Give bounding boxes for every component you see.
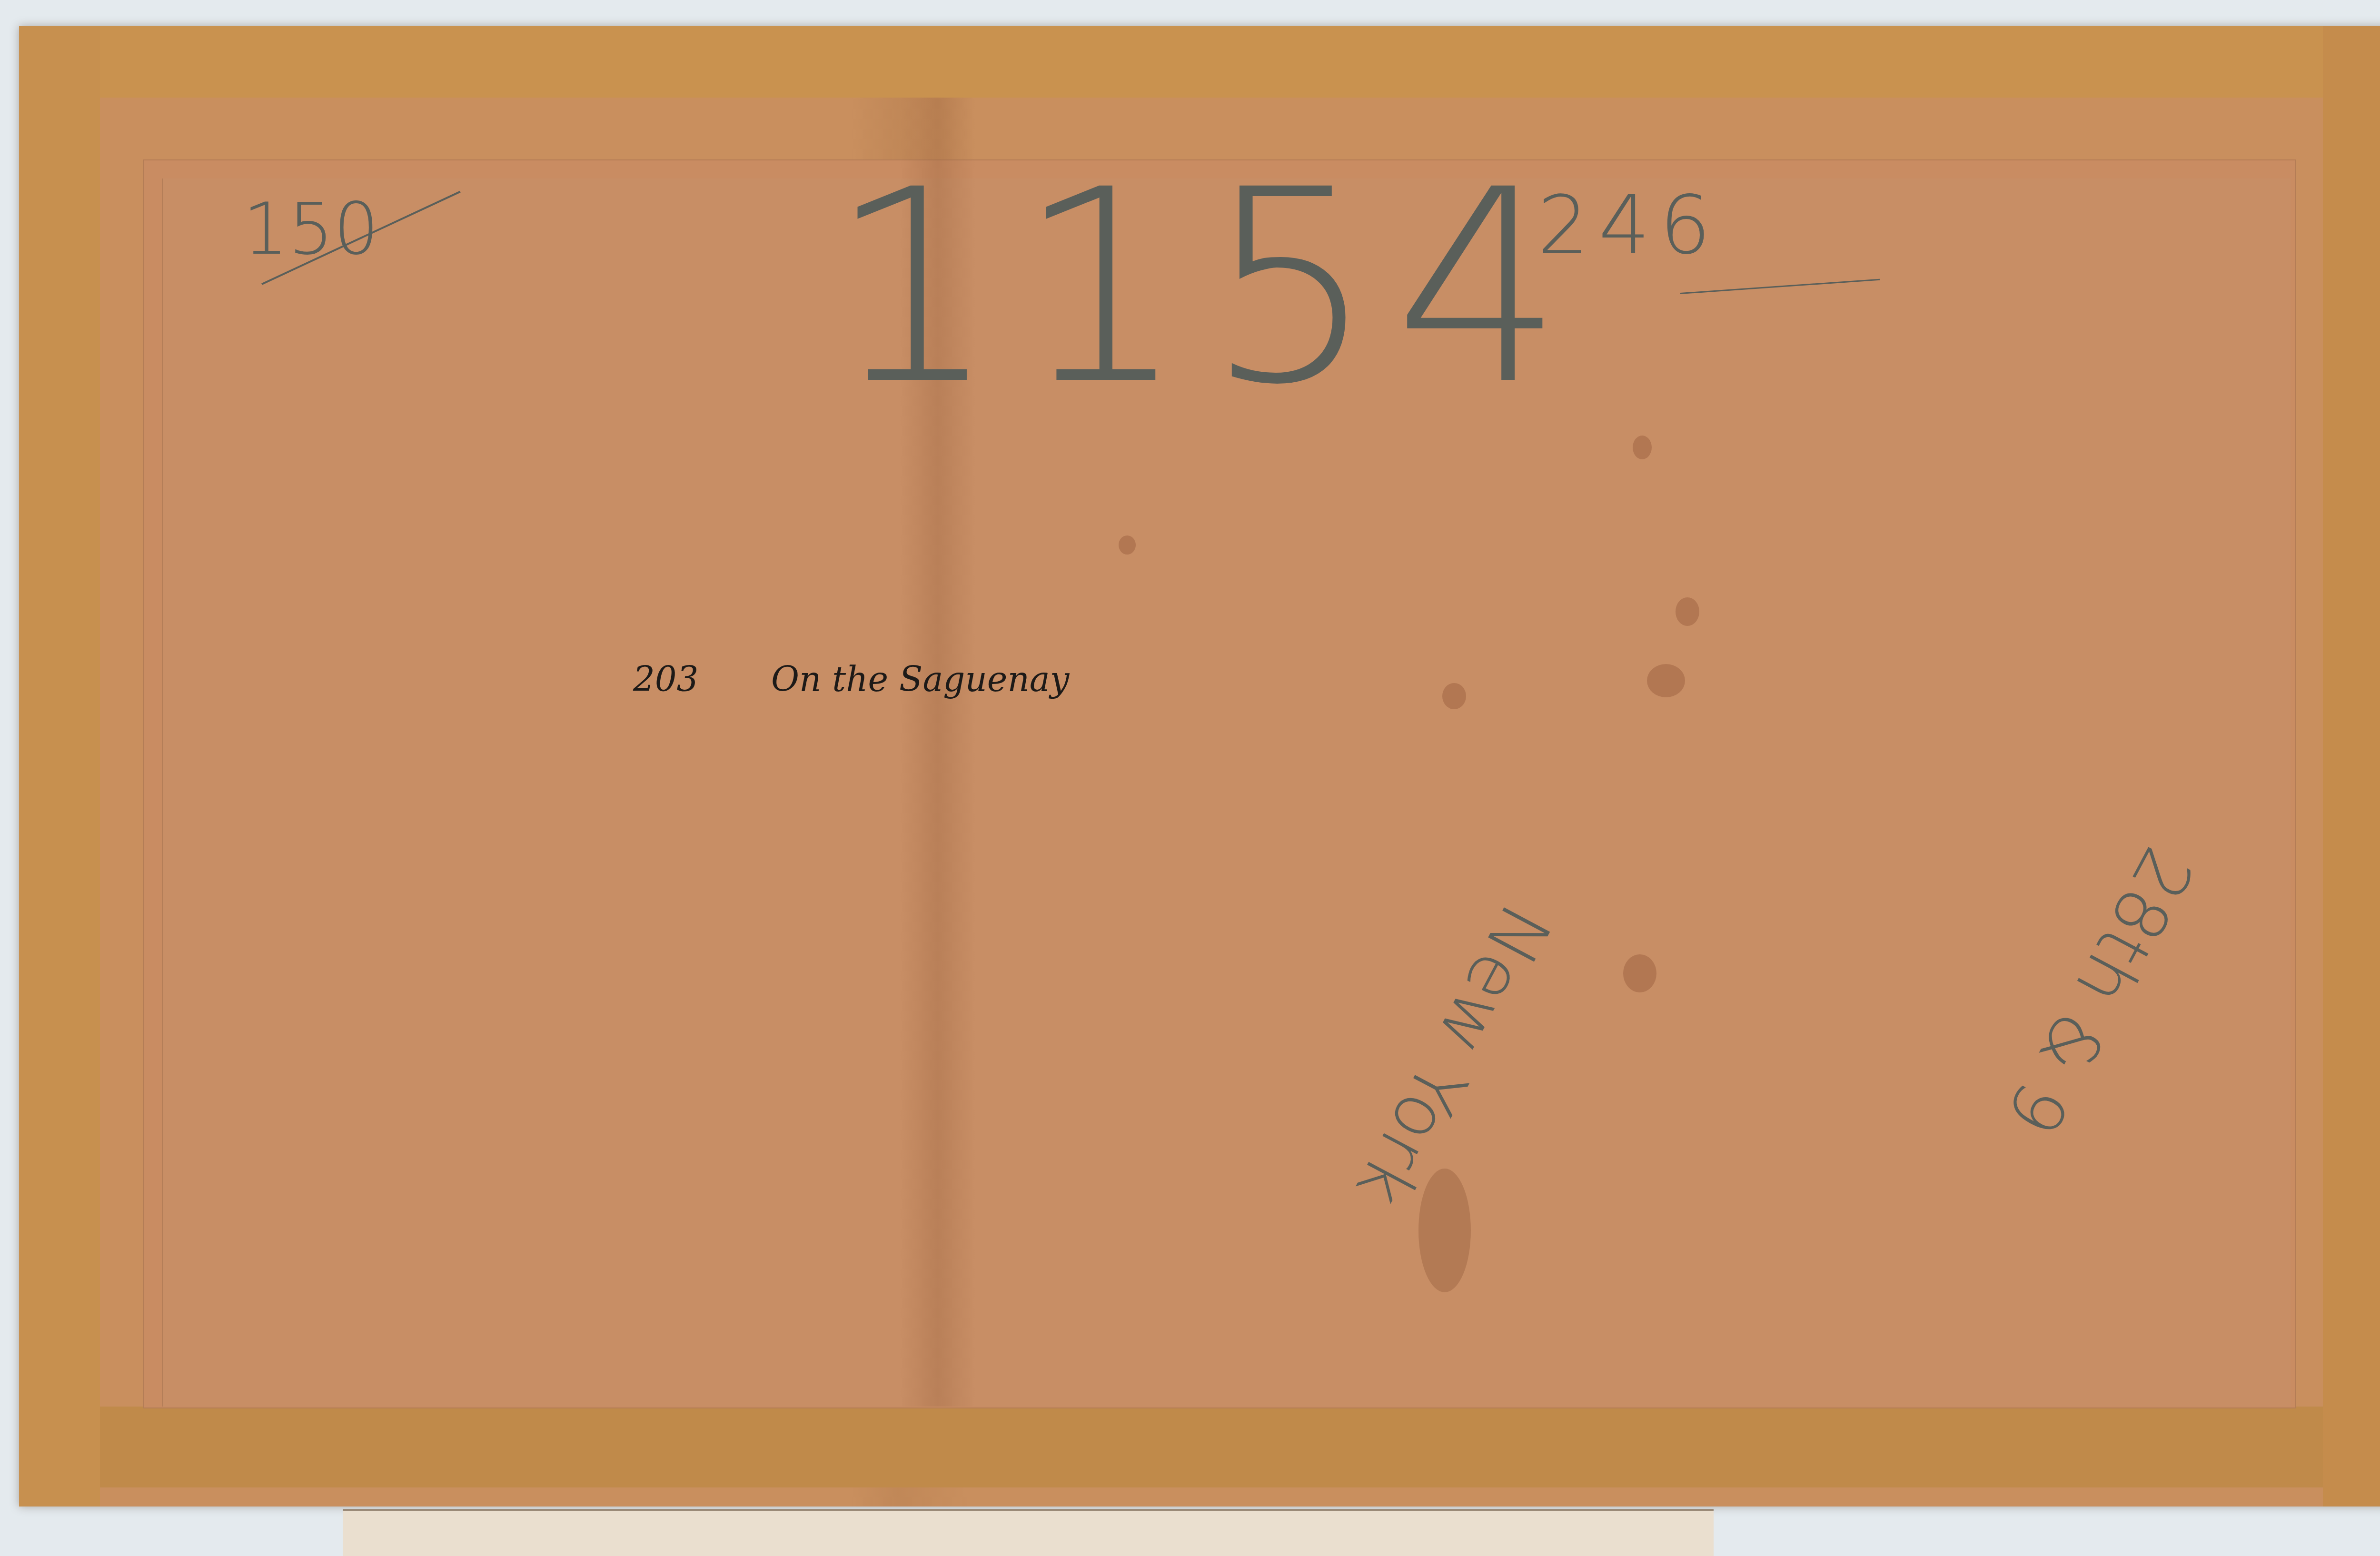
tape-left bbox=[19, 26, 100, 1506]
stain bbox=[1442, 683, 1466, 709]
small-pencil-number: 246 bbox=[1537, 178, 1720, 273]
stain bbox=[1676, 597, 1699, 626]
artwork-title: On the Saguenay bbox=[771, 659, 1069, 699]
stain bbox=[1633, 436, 1652, 459]
stain bbox=[1119, 535, 1136, 555]
large-pencil-number: 1154 bbox=[828, 155, 1583, 421]
inventory-number: 203 bbox=[633, 659, 698, 699]
crossed-out-number: 150 bbox=[243, 188, 379, 271]
stain bbox=[1623, 954, 1656, 992]
tape-top bbox=[48, 26, 2370, 98]
tape-right bbox=[2323, 26, 2380, 1506]
stain bbox=[1647, 664, 1685, 697]
artwork-backing-board: 150 1154 246 203 On the Saguenay New Yor… bbox=[19, 26, 2380, 1506]
support-block bbox=[343, 1509, 1714, 1556]
tape-bottom bbox=[48, 1407, 2370, 1487]
